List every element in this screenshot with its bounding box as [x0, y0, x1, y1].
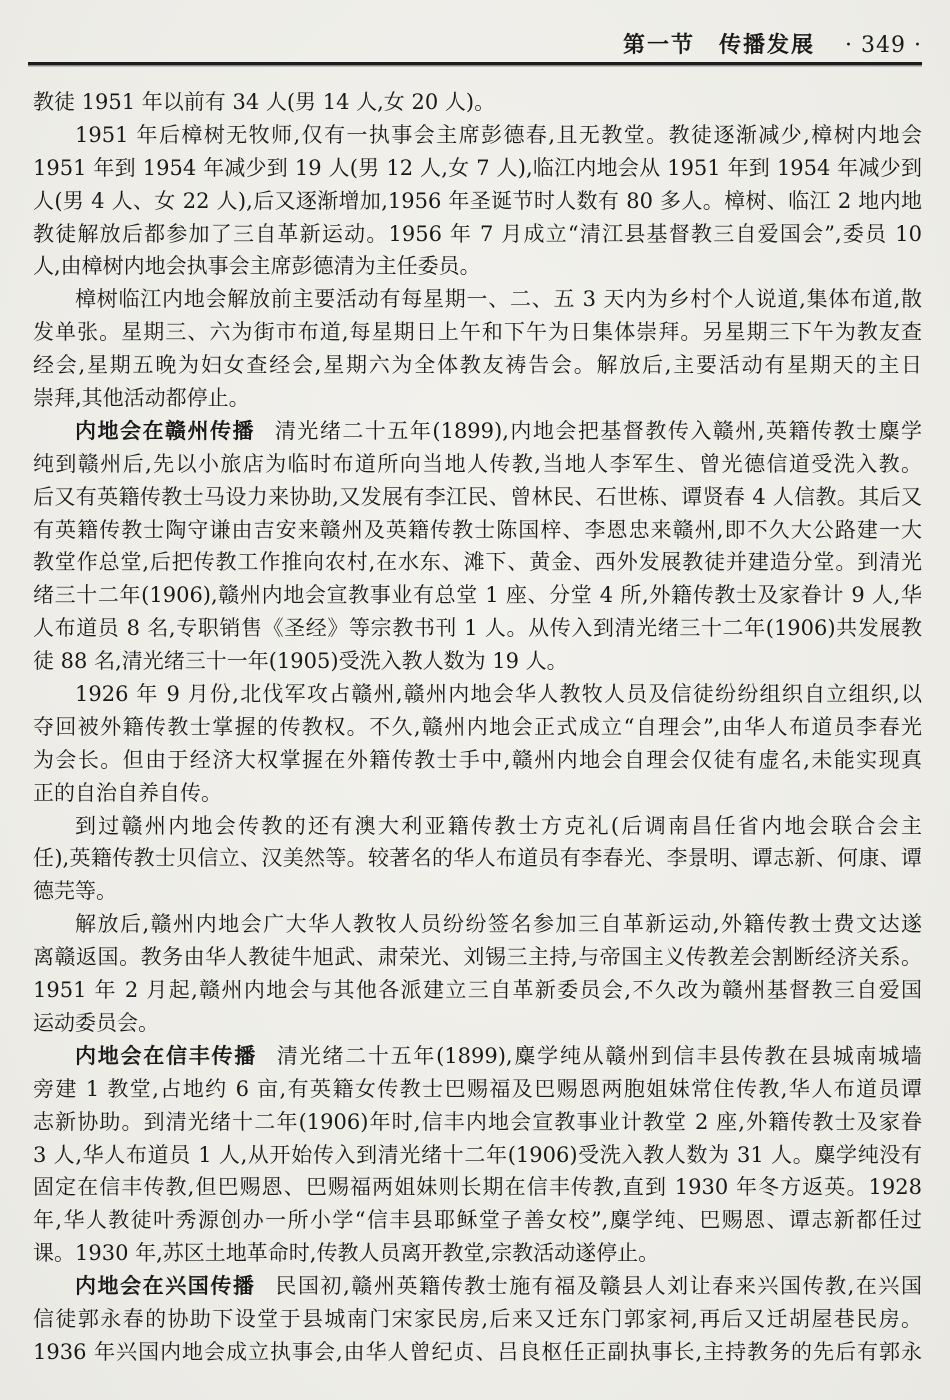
text-line: 到过赣州内地会传教的还有澳大利亚籍传教士方克礼(后调南昌任省内地会联合会主 — [33, 810, 922, 843]
text-line: 任),英籍传教士贝信立、汉美然等。较著名的华人布道员有李春光、李景明、谭志新、何… — [33, 842, 922, 875]
section-title: 第一节 传播发展 — [623, 28, 815, 59]
text-line: 离赣返国。教务由华人教徒牛旭武、肃荣光、刘锡三主持,与帝国主义传教差会割断经济关… — [33, 941, 922, 974]
text-line: 内地会在信丰传播清光绪二十五年(1899),麋学纯从赣州到信丰县传教在县城南城墙 — [33, 1040, 922, 1073]
text-line: 课。1930 年,苏区土地革命时,传教人员离开教堂,宗教活动遂停止。 — [33, 1237, 922, 1270]
text-line: 旁建 1 教堂,占地约 6 亩,有英籍女传教士巴赐福及巴赐恩两胞姐妹常住传教,华… — [33, 1073, 922, 1106]
text-line: 1951 年 2 月起,赣州内地会与其他各派建立三自革新委员会,不久改为赣州基督… — [33, 974, 922, 1007]
text-line: 纯到赣州后,先以小旅店为临时布道所向当地人传教,当地人李军生、曾光德信道受洗入教… — [33, 448, 922, 481]
text-line: 德芫等。 — [33, 875, 922, 908]
text-line: 为会长。但由于经济大权掌握在外籍传教士手中,赣州内地会自理会仅徒有虚名,未能实现… — [33, 744, 922, 777]
text-line: 固定在信丰传教,但巴赐恩、巴赐福两姐妹则长期在信丰传教,直到 1930 年冬方返… — [33, 1171, 922, 1204]
header-rule — [28, 62, 922, 65]
text-line: 绪三十二年(1906),赣州内地会宣教事业有总堂 1 座、分堂 4 所,外籍传教… — [33, 579, 922, 612]
text-line: 教堂作总堂,后把传教工作推向农村,在水东、滩下、黄金、西外发展教徒并建造分堂。到… — [33, 546, 922, 579]
text-line: 人,由樟树内地会执事会主席彭德清为主任委员。 — [33, 250, 922, 283]
text-line: 3 人,华人布道员 1 人,从开始传入到清光绪十二年(1906)受洗入教人数为 … — [33, 1139, 922, 1172]
text-line: 1951 年到 1954 年减少到 19 人(男 12 人,女 7 人),临江内… — [33, 152, 922, 185]
text-line: 人(男 4 人、女 22 人),后又逐渐增加,1956 年圣诞节时人数有 80 … — [33, 185, 922, 218]
text-line: 信徒郭永春的协助下设堂于县城南门宋家民房,后来又迁东门郭家祠,再后又迁胡屋巷民房… — [33, 1303, 922, 1336]
text-line: 内地会在兴国传播民国初,赣州英籍传教士施有福及赣县人刘让春来兴国传教,在兴国 — [33, 1270, 922, 1303]
text-line: 志新协助。到清光绪十二年(1906)年时,信丰内地会宣教事业计教堂 2 座,外籍… — [33, 1106, 922, 1139]
text-line: 年,华人教徒叶秀源创办一所小学“信丰县耶稣堂子善女校”,麋学纯、巴赐恩、谭志新都… — [33, 1204, 922, 1237]
text-line: 内地会在赣州传播清光绪二十五年(1899),内地会把基督教传入赣州,英籍传教士麋… — [33, 415, 922, 448]
text-line: 夺回被外籍传教士掌握的传教权。不久,赣州内地会正式成立“自理会”,由华人布道员李… — [33, 711, 922, 744]
text-line: 后又有英籍传教士马设力来协助,又发展有李江民、曾林民、石世栋、谭贤春 4 人信教… — [33, 481, 922, 514]
text-line: 正的自治自养自传。 — [33, 777, 922, 810]
text-line: 经会,星期五晚为妇女查经会,星期六为全体教友祷告会。解放后,主要活动有星期天的主… — [33, 349, 922, 382]
text-line: 发单张。星期三、六为街市布道,每星期日上午和下午为日集体崇拜。另星期三下午为教友… — [33, 316, 922, 349]
text-line: 解放后,赣州内地会广大华人教牧人员纷纷签名参加三自革新运动,外籍传教士费文达遂 — [33, 908, 922, 941]
text-line: 教徒 1951 年以前有 34 人(男 14 人,女 20 人)。 — [33, 86, 922, 119]
text-line: 1936 年兴国内地会成立执事会,由华人曾纪贞、吕良枢任正副执事长,主持教务的先… — [33, 1336, 922, 1369]
inline-heading: 内地会在信丰传播 — [75, 1043, 257, 1068]
scanned-book-page: 第一节 传播发展 · 349 · 教徒 1951 年以前有 34 人(男 14 … — [0, 0, 950, 1400]
text-line: 有英籍传教士陶守谦由吉安来赣州及英籍传教士陈国梓、李恩忠来赣州,即不久大公路建一… — [33, 514, 922, 547]
text-line: 人布道员 8 名,专职销售《圣经》等宗教书刊 1 人。从传入到清光绪三十二年(1… — [33, 612, 922, 645]
text-line: 徒 88 名,清光绪三十一年(1905)受洗入教人数为 19 人。 — [33, 645, 922, 678]
text-line: 教徒解放后都参加了三自革新运动。1956 年 7 月成立“清江县基督教三自爱国会… — [33, 218, 922, 251]
inline-heading: 内地会在赣州传播 — [75, 418, 255, 443]
text-line: 1926 年 9 月份,北伐军攻占赣州,赣州内地会华人教牧人员及信徒纷纷组织自立… — [33, 678, 922, 711]
page-header: 第一节 传播发展 · 349 · — [28, 28, 922, 59]
text-line: 崇拜,其他活动都停止。 — [33, 382, 922, 415]
text-line: 1951 年后樟树无牧师,仅有一执事会主席彭德春,且无教堂。教徒逐渐减少,樟树内… — [33, 119, 922, 152]
text-line: 樟树临江内地会解放前主要活动有每星期一、二、五 3 天内为乡村个人说道,集体布道… — [33, 283, 922, 316]
page-number: · 349 · — [845, 33, 922, 58]
inline-heading: 内地会在兴国传播 — [75, 1273, 255, 1298]
body-text: 教徒 1951 年以前有 34 人(男 14 人,女 20 人)。1951 年后… — [33, 86, 922, 1369]
text-line: 运动委员会。 — [33, 1007, 922, 1040]
